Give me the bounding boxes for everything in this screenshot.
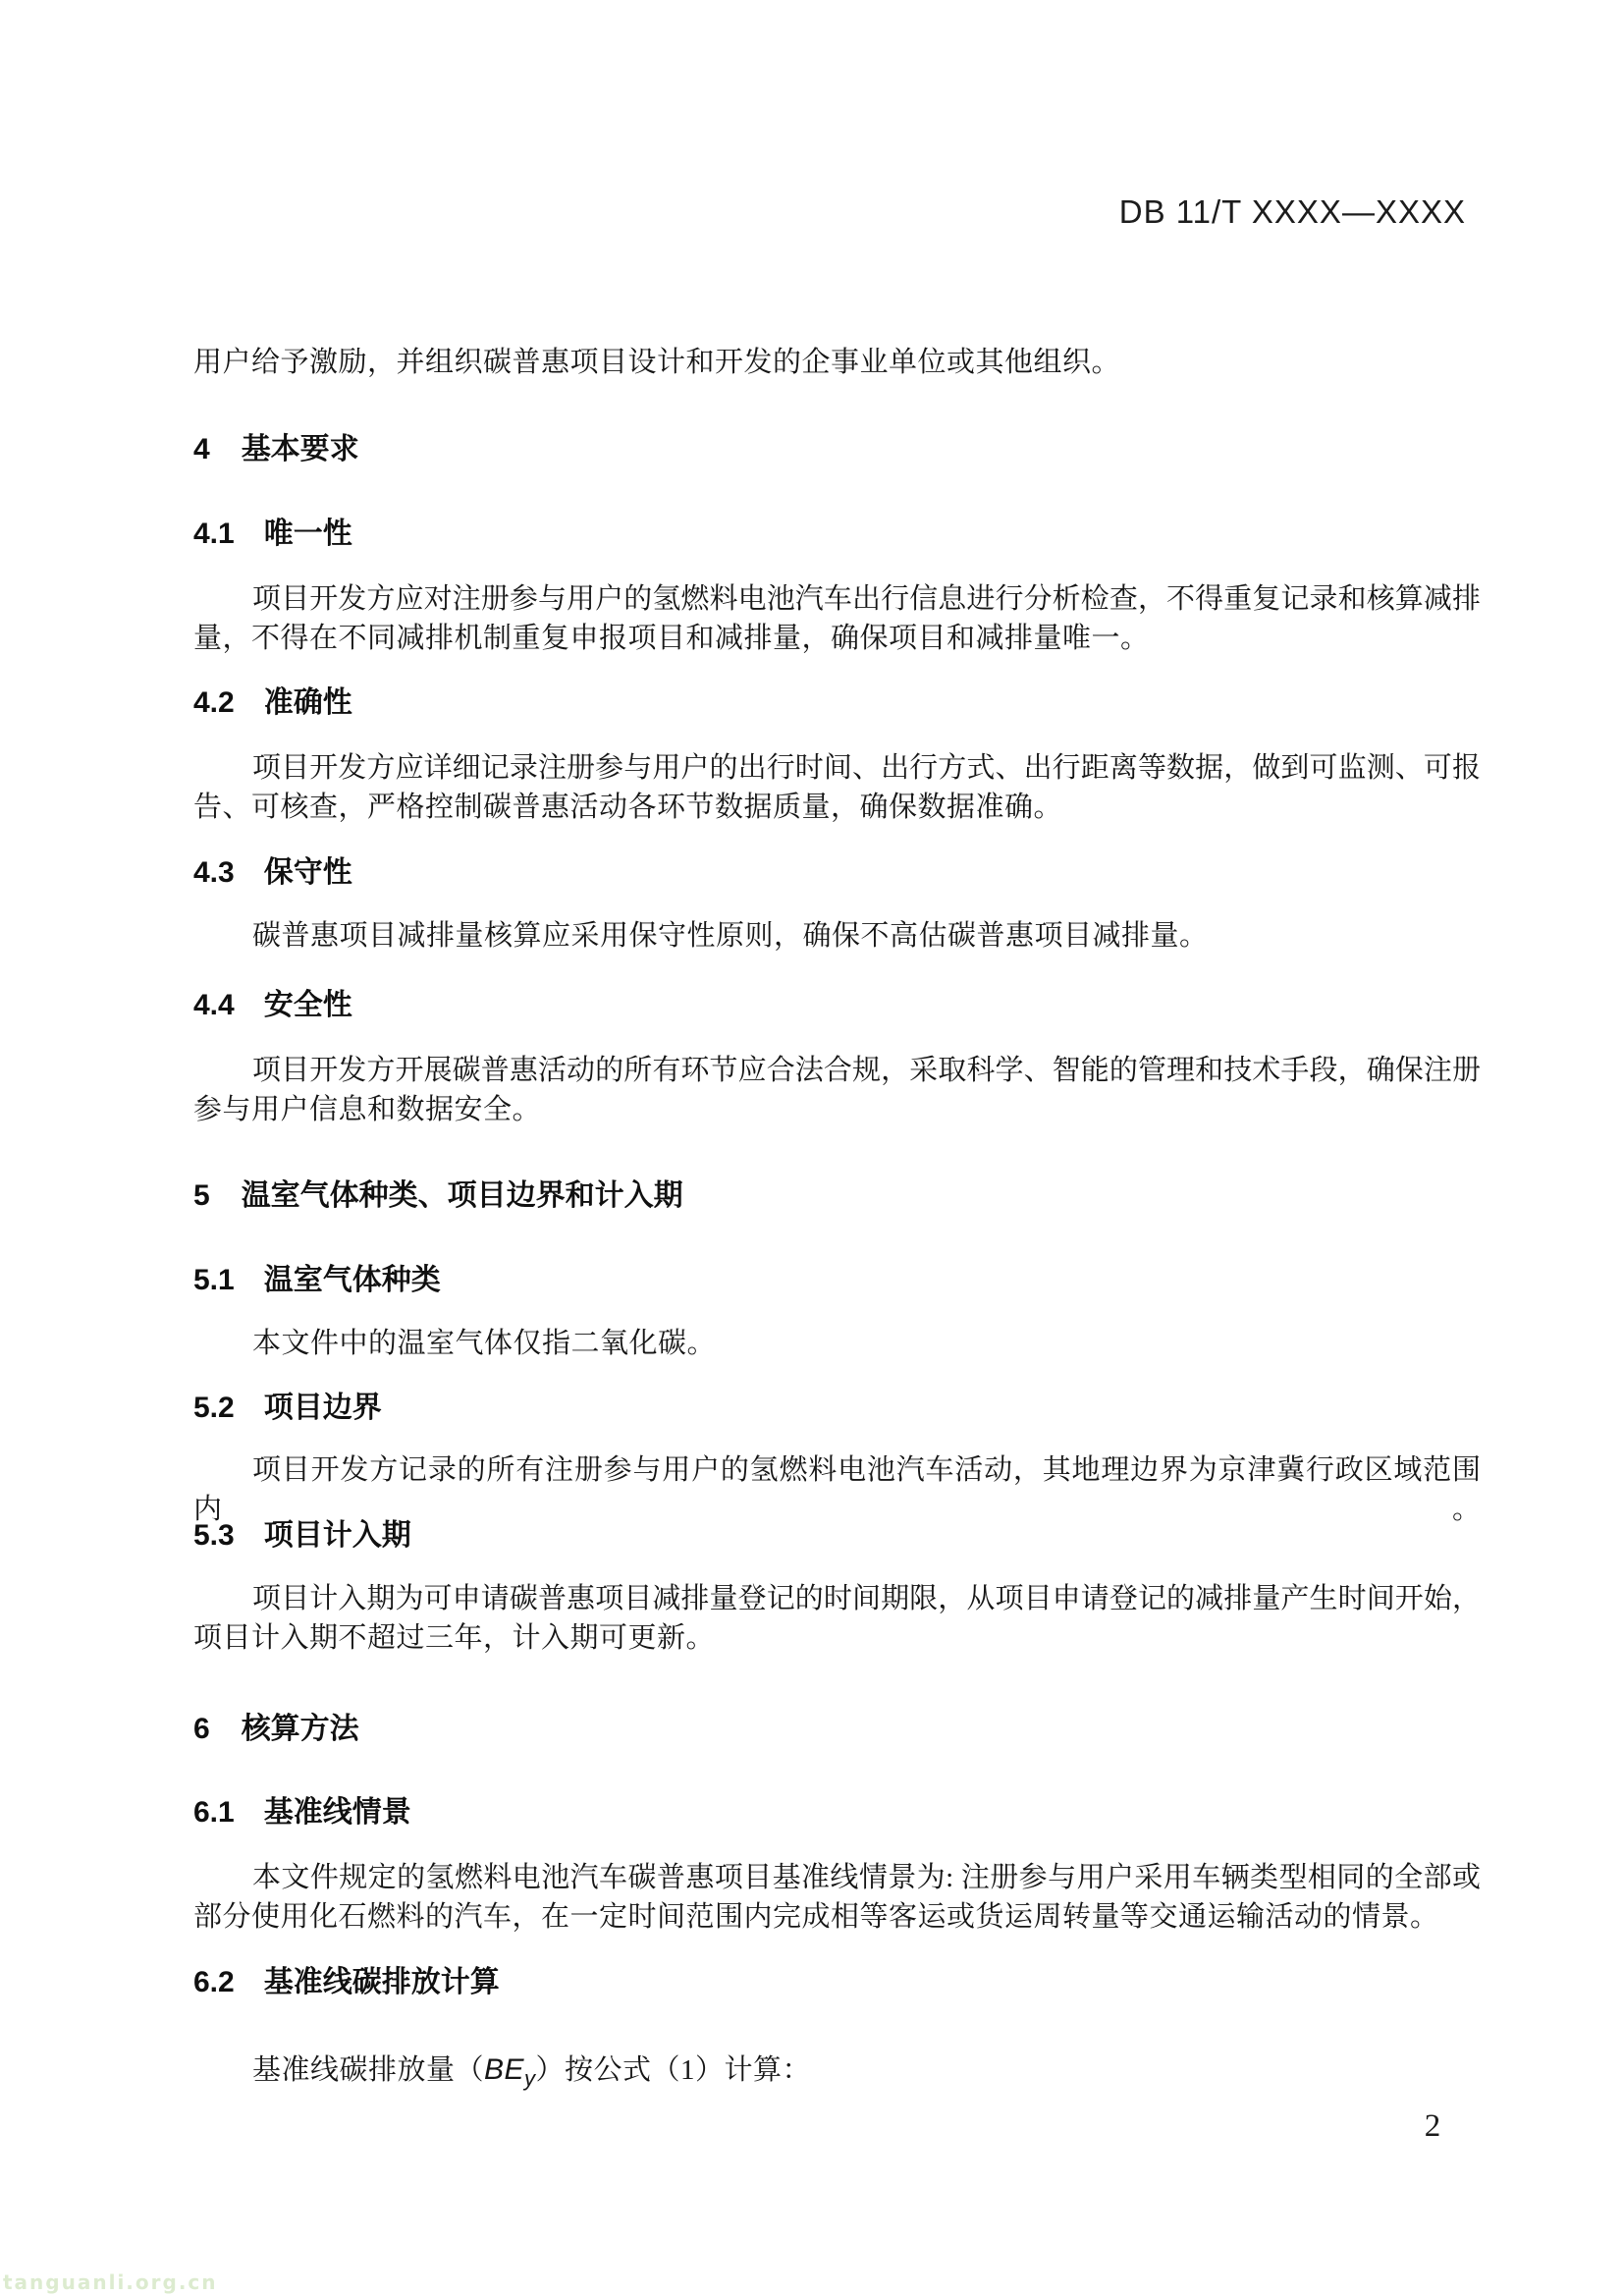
section-6-1-heading: 6.1基准线情景 xyxy=(193,1795,1481,1831)
section-4-4-heading: 4.4安全性 xyxy=(193,988,1481,1023)
heading-number: 4.4 xyxy=(193,989,235,1021)
heading-number: 5.3 xyxy=(193,1519,235,1552)
be-variable: BE xyxy=(484,2053,524,2086)
section-5-3-paragraph: 项目计入期为可申请碳普惠项目减排量登记的时间期限，从项目申请登记的减排量产生时间… xyxy=(193,1579,1481,1658)
section-5-1-paragraph: 本文件中的温室气体仅指二氧化碳。 xyxy=(193,1324,1481,1363)
paragraph-line: 基准线碳排放量（BEy）按公式（1）计算： xyxy=(193,2050,1481,2090)
section-4-2-heading: 4.2准确性 xyxy=(193,685,1481,721)
paragraph-line: 项目开发方开展碳普惠活动的所有环节应合法合规，采取科学、智能的管理和技术手段，确… xyxy=(193,1051,1481,1090)
heading-title: 保守性 xyxy=(264,856,352,889)
paragraph-line: 项目计入期为可申请碳普惠项目减排量登记的时间期限，从项目申请登记的减排量产生时间… xyxy=(193,1579,1481,1618)
paragraph-line: 项目开发方应详细记录注册参与用户的出行时间、出行方式、出行距离等数据，做到可监测… xyxy=(193,748,1481,788)
section-6-2-heading: 6.2基准线碳排放计算 xyxy=(193,1965,1481,2000)
section-4-3-heading: 4.3保守性 xyxy=(193,855,1481,891)
heading-number: 5.2 xyxy=(193,1392,235,1424)
paragraph-line: 项目开发方应对注册参与用户的氢燃料电池汽车出行信息进行分析检查，不得重复记录和核… xyxy=(193,579,1481,619)
paragraph-intro-continuation: 用户给予激励，并组织碳普惠项目设计和开发的企事业单位或其他组织。 xyxy=(193,343,1481,382)
section-4-heading: 4基本要求 xyxy=(193,432,1481,467)
section-4-4-paragraph: 项目开发方开展碳普惠活动的所有环节应合法合规，采取科学、智能的管理和技术手段，确… xyxy=(193,1051,1481,1129)
heading-number: 6.2 xyxy=(193,1966,235,1998)
page-number: 2 xyxy=(1379,2108,1487,2144)
heading-title: 基本要求 xyxy=(242,433,359,465)
paragraph-line: 本文件规定的氢燃料电池汽车碳普惠项目基准线情景为: 注册参与用户采用车辆类型相同… xyxy=(193,1858,1481,1897)
heading-title: 准确性 xyxy=(264,686,352,719)
formula-text-prefix: 基准线碳排放量（ xyxy=(252,2054,484,2086)
heading-title: 基准线情景 xyxy=(264,1796,411,1829)
heading-number: 4.2 xyxy=(193,686,235,719)
section-4-2-paragraph: 项目开发方应详细记录注册参与用户的出行时间、出行方式、出行距离等数据，做到可监测… xyxy=(193,748,1481,827)
heading-number: 5 xyxy=(193,1179,210,1212)
section-5-2-paragraph: 项目开发方记录的所有注册参与用户的氢燃料电池汽车活动，其地理边界为京津冀行政区域… xyxy=(193,1450,1481,1529)
section-5-heading: 5温室气体种类、项目边界和计入期 xyxy=(193,1178,1481,1214)
paragraph-line: 本文件中的温室气体仅指二氧化碳。 xyxy=(193,1324,1481,1363)
heading-title: 唯一性 xyxy=(264,518,352,550)
paragraph-line: 告、可核查，严格控制碳普惠活动各环节数据质量，确保数据准确。 xyxy=(193,788,1481,827)
be-subscript: y xyxy=(524,2066,536,2091)
watermark: tanguanli.org.cn xyxy=(3,2270,218,2294)
section-4-1-paragraph: 项目开发方应对注册参与用户的氢燃料电池汽车出行信息进行分析检查，不得重复记录和核… xyxy=(193,579,1481,658)
heading-title: 安全性 xyxy=(264,989,352,1021)
paragraph-line: 项目开发方记录的所有注册参与用户的氢燃料电池汽车活动，其地理边界为京津冀行政区域… xyxy=(193,1450,1481,1529)
section-5-1-heading: 5.1温室气体种类 xyxy=(193,1263,1481,1298)
paragraph-line: 参与用户信息和数据安全。 xyxy=(193,1090,1481,1129)
heading-title: 项目边界 xyxy=(264,1392,382,1424)
paragraph-line: 项目计入期不超过三年，计入期可更新。 xyxy=(193,1618,1481,1658)
heading-number: 6.1 xyxy=(193,1796,235,1829)
paragraph-line: 碳普惠项目减排量核算应采用保守性原则，确保不高估碳普惠项目减排量。 xyxy=(193,916,1481,956)
standard-code: DB 11/T XXXX—XXXX xyxy=(193,194,1466,230)
heading-number: 6 xyxy=(193,1713,210,1745)
heading-title: 温室气体种类、项目边界和计入期 xyxy=(242,1179,683,1212)
paragraph-line: 量，不得在不同减排机制重复申报项目和减排量，确保项目和减排量唯一。 xyxy=(193,619,1481,658)
heading-number: 4 xyxy=(193,433,210,465)
paragraph-line: 用户给予激励，并组织碳普惠项目设计和开发的企事业单位或其他组织。 xyxy=(193,343,1481,382)
formula-intro-paragraph: 基准线碳排放量（BEy）按公式（1）计算： xyxy=(193,2050,1481,2090)
section-5-3-heading: 5.3项目计入期 xyxy=(193,1518,1481,1554)
paragraph-line: 部分使用化石燃料的汽车，在一定时间范围内完成相等客运或货运周转量等交通运输活动的… xyxy=(193,1897,1481,1937)
section-6-heading: 6核算方法 xyxy=(193,1712,1481,1747)
heading-title: 温室气体种类 xyxy=(264,1264,441,1296)
heading-number: 4.3 xyxy=(193,856,235,889)
formula-text-suffix: ）按公式（1）计算： xyxy=(536,2054,812,2086)
heading-number: 4.1 xyxy=(193,518,235,550)
section-5-2-heading: 5.2项目边界 xyxy=(193,1391,1481,1426)
heading-title: 项目计入期 xyxy=(264,1519,411,1552)
document-page: DB 11/T XXXX—XXXX 用户给予激励，并组织碳普惠项目设计和开发的企… xyxy=(0,0,1623,2296)
section-4-1-heading: 4.1唯一性 xyxy=(193,517,1481,552)
heading-title: 基准线碳排放计算 xyxy=(264,1966,500,1998)
section-6-1-paragraph: 本文件规定的氢燃料电池汽车碳普惠项目基准线情景为: 注册参与用户采用车辆类型相同… xyxy=(193,1858,1481,1937)
heading-number: 5.1 xyxy=(193,1264,235,1296)
section-4-3-paragraph: 碳普惠项目减排量核算应采用保守性原则，确保不高估碳普惠项目减排量。 xyxy=(193,916,1481,956)
heading-title: 核算方法 xyxy=(242,1713,359,1745)
